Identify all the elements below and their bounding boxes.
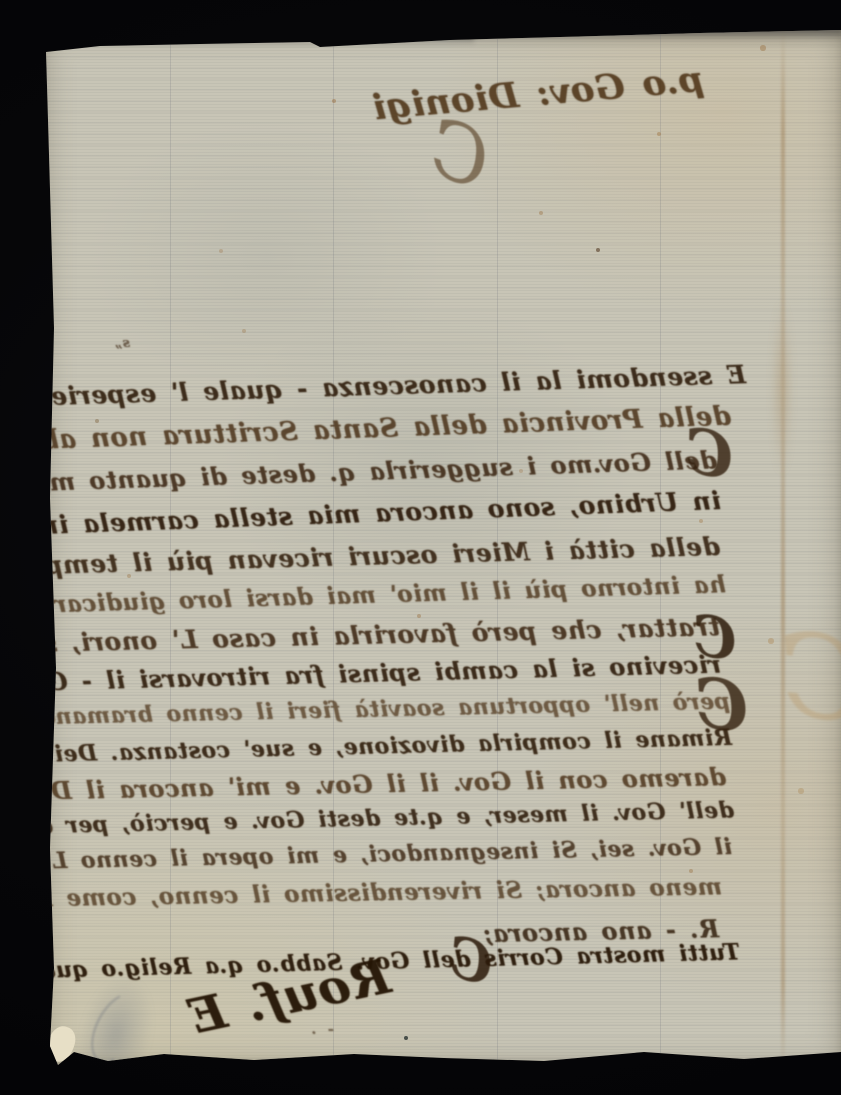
- manuscript-line: Tutti mostra Corris dell Gov. Sabb.o q.a…: [80, 939, 740, 982]
- manuscript-line: daremo con il Gov. il il Gov. e mi' anco…: [66, 762, 726, 805]
- address-inscription: p.o Gov: Dionigi: [373, 59, 705, 129]
- manuscript-line: Rimane il compirla divozione, e sue' cos…: [64, 725, 732, 767]
- ink-flourish: C: [442, 931, 499, 992]
- ink-flourish: C: [419, 112, 499, 198]
- ink-flourish: C: [679, 421, 739, 486]
- manuscript-line: in Urbino, sono ancora mia stella carmel…: [66, 486, 722, 539]
- fold-stain: [772, 298, 792, 478]
- ink-flourish-faint: C: [773, 624, 841, 736]
- manuscript-line: dell' Gov. il meser, e q.te desti Gov. e…: [62, 797, 734, 838]
- manuscript-line: della città i Mieri oscuri ricevan più i…: [70, 532, 721, 579]
- fold-crease: [781, 28, 785, 1068]
- address-inscription-text: p.o Gov: Dionigi: [373, 59, 705, 129]
- torn-notch: [42, 1022, 80, 1065]
- ink-flourish: C: [690, 673, 752, 741]
- manuscript-line: E ssendomi la il canoscenza - quale l' e…: [116, 360, 747, 409]
- manuscript-line: il Gov. sei, Si insegnandoci, e mi opera…: [64, 834, 732, 874]
- ink-flourish: C: [688, 610, 741, 667]
- manuscript-paper: p.o Gov: Dionigi C s„ E ssendomi la il c…: [44, 28, 841, 1068]
- manuscript-line: ricevino si la cambi spinsi fra ritrovar…: [76, 650, 722, 696]
- opening-mark: s„: [100, 336, 130, 351]
- top-edge-grime: [44, 28, 474, 48]
- manuscript-line: però nell' opportuna soavità fieri il ce…: [70, 689, 730, 730]
- top-edge-grime: [424, 28, 841, 40]
- manuscript-line: trattar, che però favorirla in caso L' o…: [80, 612, 721, 657]
- manuscript-line: dell Gov.mo i suggerirla q. deste di qua…: [72, 445, 718, 495]
- foxing-specks: [44, 28, 46, 30]
- photo-background: { "scene": { "description": "Photograph …: [0, 0, 841, 1095]
- manuscript-line: ha intorno più il il mio' mai darsi loro…: [66, 571, 727, 618]
- manuscript-line: della Provincia della Santa Scrittura no…: [76, 402, 732, 455]
